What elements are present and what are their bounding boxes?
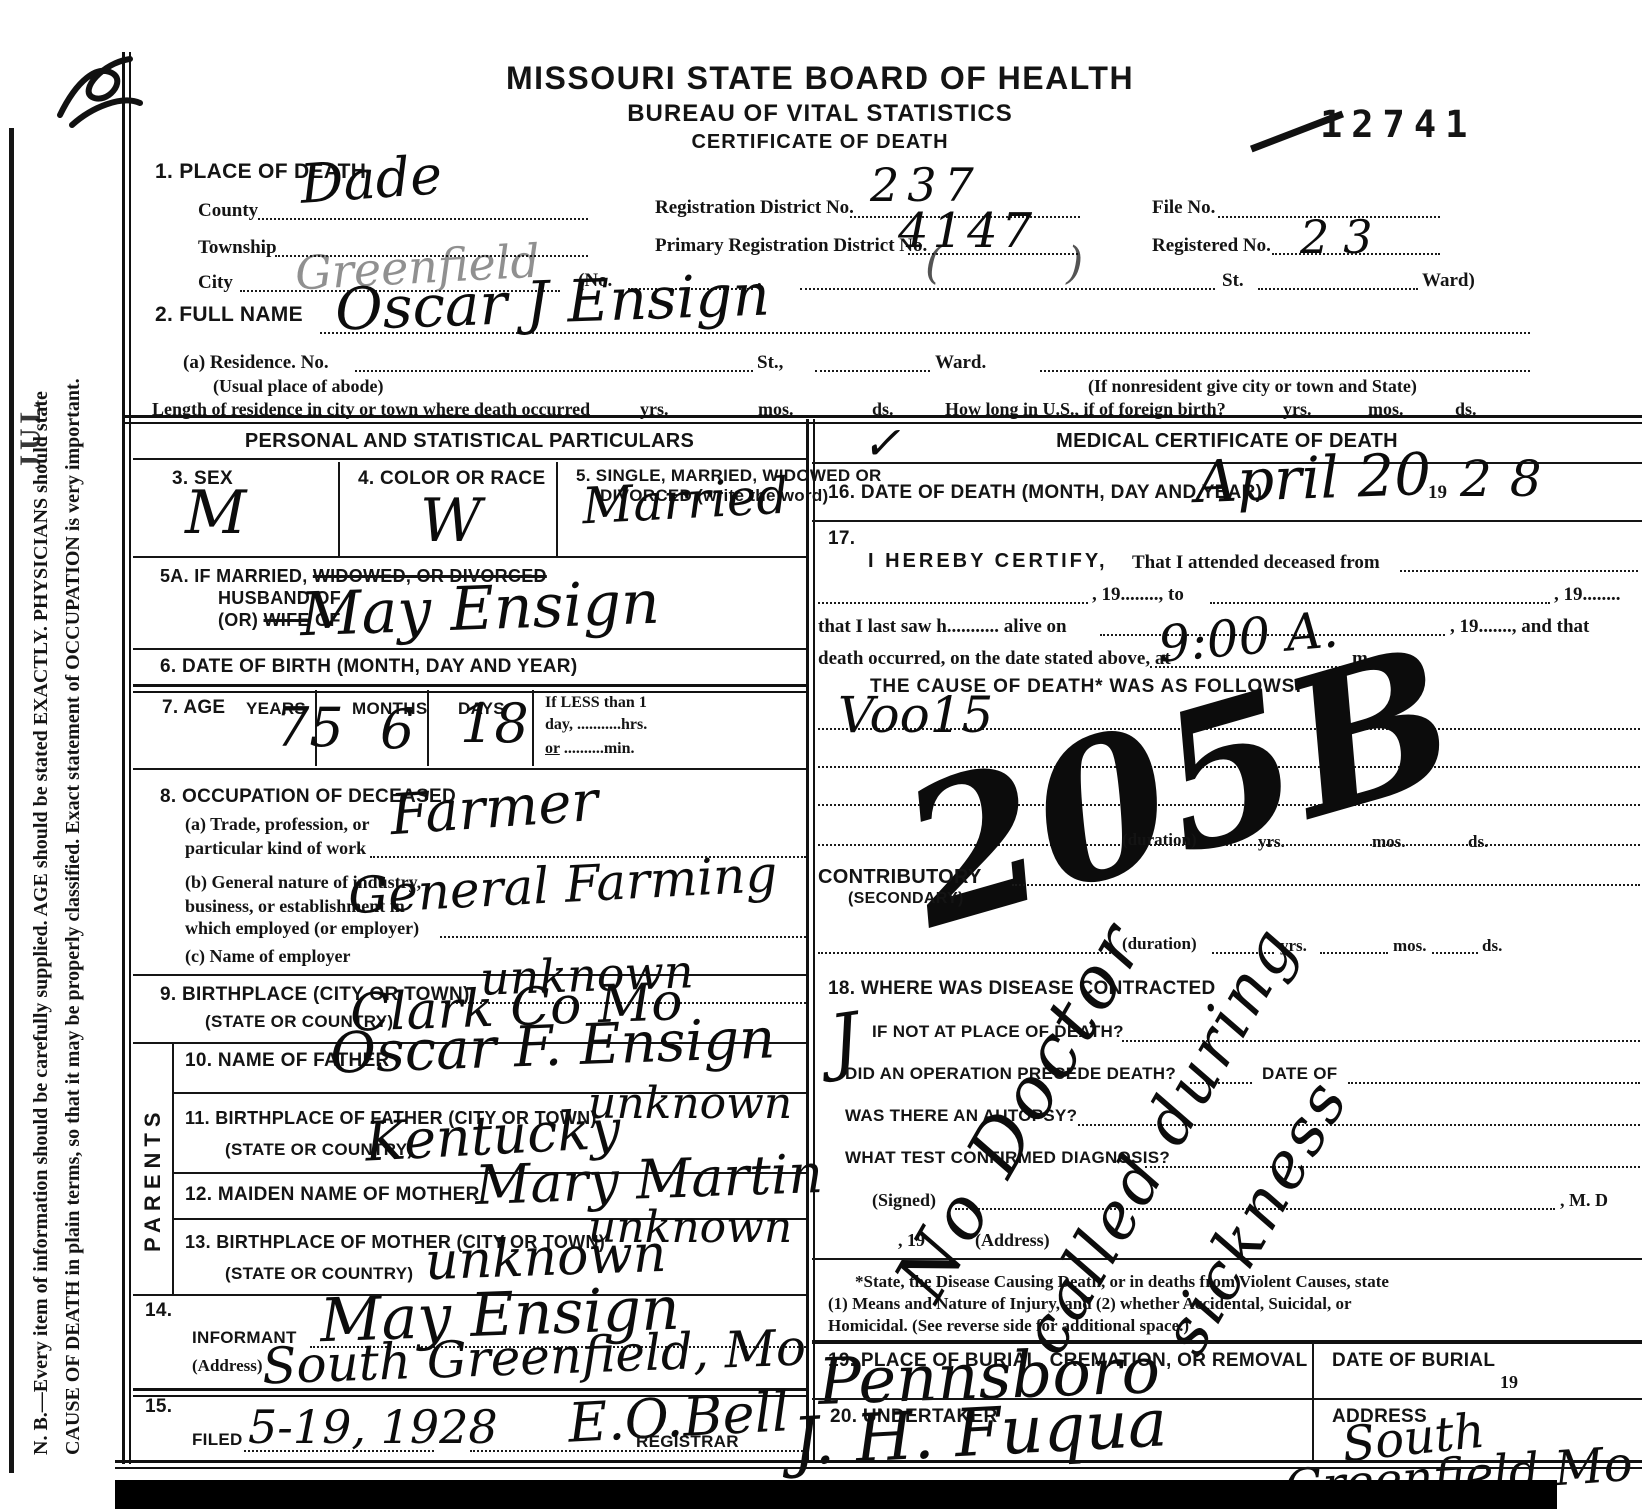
rule [556,462,558,556]
date-of-death-value: April 20 [1194,440,1432,516]
death-year-value: 28 [1460,450,1560,508]
less-hrs-label: day, ...........hrs. [545,716,647,734]
residence-st-label: St., [757,352,783,374]
mos-label: mos. [1372,832,1406,852]
duration-label: (duration) [1122,830,1197,850]
ward-label: Ward) [1422,270,1475,292]
document-type: CERTIFICATE OF DEATH [410,131,1230,154]
primary-registration-label: Primary Registration District No. [655,235,927,257]
less-min-label: or ..........min. [545,740,634,758]
year-19-print: 19 [1428,482,1447,504]
rule [1012,882,1640,886]
county-label: County [198,200,258,222]
rule [1320,950,1388,954]
rule [133,556,806,558]
certificate-number: 12741 [1320,103,1476,146]
rule [1258,286,1418,290]
footnote-line-3: Homicidal. (See reverse side for additio… [828,1316,1189,1336]
rule [133,458,806,460]
rule [812,520,1642,522]
attended-to-label: , 19........, to [1092,584,1184,606]
burial-year-19: 19 [1500,1372,1518,1393]
age-label: 7. AGE [162,697,225,719]
rule [815,368,930,372]
registered-no-label: Registered No. [1152,235,1271,257]
min-dots: ..........min. [564,740,635,757]
contributory-label: CONTRIBUTORY [818,866,982,889]
occ-c-label: (c) Name of employer [185,946,350,967]
residence-label: (a) Residence. No. [183,352,329,374]
scan-black-bar [115,1480,1557,1509]
rule [133,648,806,650]
or-underlined: or [545,740,560,757]
rule [172,1042,174,1294]
ds-label: ds. [1468,832,1488,852]
registered-no-value: 23 [1300,210,1387,264]
personal-section-title: PERSONAL AND STATISTICAL PARTICULARS [133,430,806,453]
section2-title: 2. FULL NAME [155,303,303,327]
registrar-label: REGISTRAR [636,1432,739,1452]
last-saw-label: that I last saw h........... alive on [818,616,1067,638]
rule [1312,1342,1314,1398]
column-divider [806,419,815,1462]
death-occurred-label: death occurred, on the date stated above… [818,648,1171,670]
burial-date-label: DATE OF BURIAL [1332,1350,1495,1372]
filed-date-value: 5-19, 1928 [248,1400,498,1454]
rule [1400,568,1638,572]
age-months-value: 6 [380,698,414,761]
item17-number: 17. [828,528,855,550]
death-certificate-scan: N. B.—Every item of information should b… [0,0,1642,1509]
spouse-value: May Ensign [299,568,661,651]
and-that-label: , 19......., and that [1450,616,1589,638]
rule [532,690,534,766]
age-years-value: 75 [275,696,344,759]
s5a-pre: 5A. IF MARRIED, [160,566,308,586]
county-value: Dade [298,143,444,216]
residence-ward-label: Ward. [935,352,986,374]
pen-scribble-icon [52,45,147,140]
city-label: City [198,272,233,294]
jul-stamp: JUL [14,398,48,470]
color-race-value: W [420,486,482,556]
md-label: , M. D [1560,1190,1608,1211]
rule [1210,600,1550,604]
yrs-label: yrs. [1258,832,1285,852]
registration-district-label: Registration District No. [655,197,854,219]
page-subtitle: BUREAU OF VITAL STATISTICS [410,100,1230,128]
scan-edge-line [9,128,14,1473]
informant-address-label: (Address) [192,1356,263,1376]
abode-label: (Usual place of abode) [213,376,384,397]
item15-number: 15. [145,1396,172,1418]
less-than-1-label: If LESS than 1 [545,694,647,712]
secondary-label: (SECONDARY) [848,890,964,908]
rule [133,768,806,770]
form-left-border [122,52,131,1464]
rule [244,1448,434,1452]
mother-name-label: 12. MAIDEN NAME OF MOTHER [185,1184,480,1206]
rule [338,462,340,556]
rule [1432,950,1478,954]
occupation-value: Farmer [388,769,600,848]
filed-label: FILED [192,1430,243,1450]
year-19-dots: , 19........ [1554,584,1621,606]
certify-rest-label: That I attended deceased from [1132,552,1380,574]
rule [1145,1164,1640,1168]
age-days-value: 18 [460,692,529,755]
rule [1348,1080,1640,1084]
file-no-label: File No. [1152,197,1215,219]
sex-value: M [185,478,246,548]
marital-value: Married [581,467,790,536]
rule [355,368,753,372]
margin-note-line1: N. B.—Every item of information should b… [30,391,53,1455]
rule [258,216,588,220]
form-bottom-border [115,1460,1642,1469]
mos-label: mos. [1393,936,1427,956]
rule [440,934,806,938]
rule [427,690,429,766]
rule [1312,1398,1314,1462]
occ-a-label-1: (a) Trade, profession, or [185,814,370,835]
rule [818,600,1088,604]
mother-birthplace-state-label: (STATE OR COUNTRY) [225,1264,413,1284]
disease-contracted-label: 18. WHERE WAS DISEASE CONTRACTED [828,978,1216,1000]
rule [1040,368,1530,372]
occ-a-label-2: particular kind of work [185,838,366,859]
rule [800,286,1215,290]
dob-label: 6. DATE OF BIRTH (MONTH, DAY AND YEAR) [160,656,577,678]
street-label: St. [1222,270,1244,292]
page-title: MISSOURI STATE BOARD OF HEALTH [410,60,1230,97]
parents-group-label: PARENTS [140,1107,166,1253]
township-label: Township [198,237,277,259]
certify-bold-label: I HEREBY CERTIFY, [868,550,1108,573]
stray-pen-marks: ( ) [925,238,1138,289]
margin-note-line2: CAUSE OF DEATH in plain terms, so that i… [62,378,85,1455]
ds-label: ds. [1482,936,1502,956]
or-label: (OR) [218,610,258,630]
rule [133,974,806,976]
nonresident-label: (If nonresident give city or town and St… [1088,376,1417,397]
item14-number: 14. [145,1300,172,1322]
